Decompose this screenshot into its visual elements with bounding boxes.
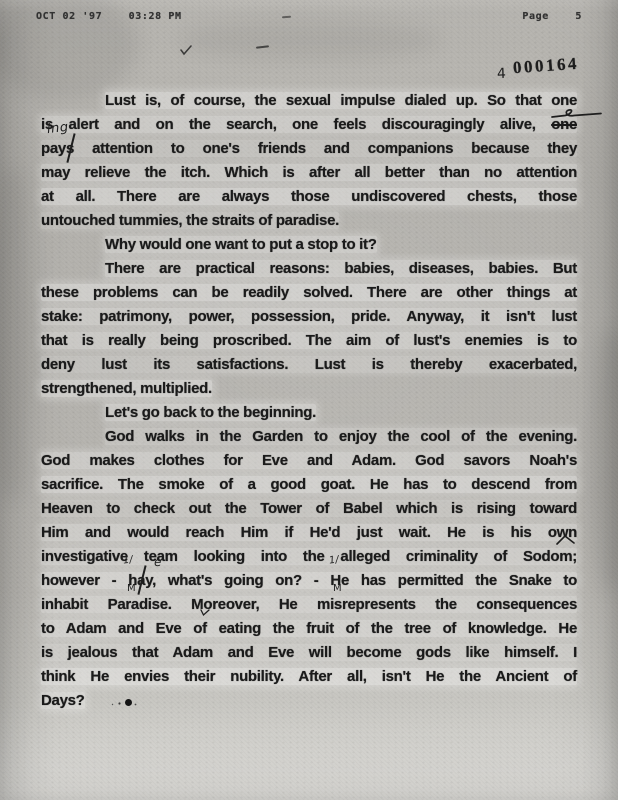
text-line-content: Let's go back to the beginning. — [105, 404, 316, 421]
caret-mark — [556, 535, 576, 545]
text-line-content: stake: patrimony, power, possession, pri… — [41, 308, 577, 325]
text-segment: untouched tummies, the straits of paradi… — [41, 212, 339, 229]
text-line-content: may relieve the itch. Which is after all… — [41, 164, 577, 181]
text-line-content: God makes clothes for Eve and Adam. God … — [41, 452, 577, 469]
deletion-loop-mark — [551, 108, 603, 123]
text-line-content: that is really being proscribed. The aim… — [41, 332, 577, 349]
text-line: investigative team looking into the alle… — [41, 545, 577, 569]
text-line-content: Why would one want to put a stop to it? — [105, 236, 377, 253]
text-segment: to Adam and Eve of eating the fruit of t… — [41, 620, 577, 637]
text-line: to Adam and Eve of eating the fruit of t… — [41, 617, 577, 641]
text-segment: y, what's going on? - He has permitted t… — [145, 572, 577, 589]
text-line: Why would one want to put a stop to it? — [41, 233, 577, 257]
stray-check-mark — [180, 45, 192, 56]
text-segment: attention to one's friends and companion… — [74, 140, 577, 157]
em-dash-proof-mark: 1/ — [122, 554, 133, 566]
text-line: deny lust its satisfactions. Lust is the… — [41, 353, 577, 377]
text-line-content: these problems can be readily solved. Th… — [41, 284, 577, 301]
text-line: may relieve the itch. Which is after all… — [41, 161, 577, 185]
text-segment: may relieve the itch. Which is after all… — [41, 164, 577, 181]
text-line-content: untouched tummies, the straits of paradi… — [41, 212, 339, 229]
text-line-content: pays attention to one's friends and comp… — [41, 140, 577, 157]
text-line-content: Days? — [41, 692, 85, 709]
text-line: is alert and on the search, one feels di… — [41, 113, 577, 137]
text-line: untouched tummies, the straits of paradi… — [41, 209, 577, 233]
em-dash-proof-mark: M — [127, 583, 136, 594]
ink-blob — [125, 699, 132, 706]
scan-blotch — [592, 330, 618, 590]
text-segment: however - h — [41, 572, 137, 589]
fax-timestamp: OCT 02 '97 03:28 PM — [36, 11, 182, 22]
text-segment: is jealous that Adam and Eve will become… — [41, 644, 577, 661]
handwritten-correction-e: e — [154, 555, 162, 569]
text-line: stake: patrimony, power, possession, pri… — [41, 305, 577, 329]
text-segment: Let's go back to the beginning. — [105, 404, 316, 421]
text-line: Him and would reach Him if He'd just wai… — [41, 521, 577, 545]
page-number: Page 5 — [522, 11, 582, 22]
edited-text-segment: s — [66, 137, 74, 161]
document-body: Lust is, of course, the sexual impulse d… — [41, 89, 577, 713]
text-line: at all. There are always those undiscove… — [41, 185, 577, 209]
text-segment: is alert and on the search, one feels di… — [41, 116, 551, 133]
text-segment: sacrifice. The smoke of a good goat. He … — [41, 476, 577, 493]
text-line: Let's go back to the beginning. — [41, 401, 577, 425]
em-dash-proof-mark: 1/ — [328, 554, 339, 566]
text-line-content: inhabit Paradise. Moreover, He misrepres… — [41, 596, 577, 613]
text-line-content: at all. There are always those undiscove… — [41, 188, 577, 205]
text-line: Heaven to check out the Tower of Babel w… — [41, 497, 577, 521]
insertion-tick-mark — [200, 609, 210, 617]
text-segment: stake: patrimony, power, possession, pri… — [41, 308, 577, 325]
text-line-content: strengthened, multiplied. — [41, 380, 212, 397]
text-line-content: sacrifice. The smoke of a good goat. He … — [41, 476, 577, 493]
text-line: strengthened, multiplied. — [41, 377, 577, 401]
text-line: pays attention to one's friends and comp… — [41, 137, 577, 161]
text-segment: Days? — [41, 692, 85, 709]
text-line: these problems can be readily solved. Th… — [41, 281, 577, 305]
text-segment: at all. There are always those undiscove… — [41, 188, 577, 205]
stray-pen-dash — [256, 45, 269, 49]
handwritten-digit: 4 — [497, 66, 506, 82]
em-dash-proof-mark: M — [333, 583, 342, 594]
text-line-content: however - hay, what's going on? - He has… — [41, 572, 577, 589]
fax-header: OCT 02 '97 03:28 PM Page 5 — [36, 11, 582, 22]
text-segment: deny lust its satisfactions. Lust is the… — [41, 356, 577, 373]
text-segment: that is really being proscribed. The aim… — [41, 332, 577, 349]
text-segment: There are practical reasons: babies, dis… — [105, 260, 577, 277]
text-line: Lust is, of course, the sexual impulse d… — [41, 89, 577, 113]
text-line-content: God walks in the Garden to enjoy the coo… — [105, 428, 577, 445]
handwritten-insertion-ing: ing — [46, 120, 69, 137]
text-line: is jealous that Adam and Eve will become… — [41, 641, 577, 665]
text-line-content: to Adam and Eve of eating the fruit of t… — [41, 620, 577, 637]
text-line-content: is alert and on the search, one feels di… — [41, 116, 577, 133]
text-line: God walks in the Garden to enjoy the coo… — [41, 425, 577, 449]
scan-blotch — [0, 170, 32, 500]
text-line-content: is jealous that Adam and Eve will become… — [41, 644, 577, 661]
edited-text-segment: a — [137, 569, 145, 593]
text-line: There are practical reasons: babies, dis… — [41, 257, 577, 281]
bates-stamp: 4000164 — [497, 56, 579, 76]
text-segment: God walks in the Garden to enjoy the coo… — [105, 428, 577, 445]
text-line-content: Lust is, of course, the sexual impulse d… — [105, 92, 577, 109]
text-line-content: There are practical reasons: babies, dis… — [105, 260, 577, 277]
text-line: that is really being proscribed. The aim… — [41, 329, 577, 353]
text-segment: Lust is, of course, the sexual impulse d… — [105, 92, 577, 109]
scanned-fax-page: OCT 02 '97 03:28 PM Page 5 4000164 Lust … — [0, 0, 618, 800]
text-segment: think He envies their nubility. After al… — [41, 668, 577, 685]
text-line: think He envies their nubility. After al… — [41, 665, 577, 689]
text-segment: strengthened, multiplied. — [41, 380, 212, 397]
text-line-content: deny lust its satisfactions. Lust is the… — [41, 356, 577, 373]
text-segment: these problems can be readily solved. Th… — [41, 284, 577, 301]
text-line-content: Heaven to check out the Tower of Babel w… — [41, 500, 577, 517]
text-segment: Heaven to check out the Tower of Babel w… — [41, 500, 577, 517]
scan-blotch — [180, 20, 440, 60]
text-segment: God makes clothes for Eve and Adam. God … — [41, 452, 577, 469]
text-line: Days? — [41, 689, 577, 713]
text-line: God makes clothes for Eve and Adam. God … — [41, 449, 577, 473]
text-line: however - hay, what's going on? - He has… — [41, 569, 577, 593]
text-segment: Him and would reach Him if He'd just wai… — [41, 524, 577, 541]
text-line: inhabit Paradise. Moreover, He misrepres… — [41, 593, 577, 617]
text-line: sacrifice. The smoke of a good goat. He … — [41, 473, 577, 497]
text-segment: pay — [41, 140, 66, 157]
stamp-number: 000164 — [512, 54, 579, 79]
text-line-content: think He envies their nubility. After al… — [41, 668, 577, 685]
text-segment: inhabit Paradise. Moreover, He misrepres… — [41, 596, 577, 613]
text-segment: Why would one want to put a stop to it? — [105, 236, 377, 253]
text-line-content: Him and would reach Him if He'd just wai… — [41, 524, 577, 541]
